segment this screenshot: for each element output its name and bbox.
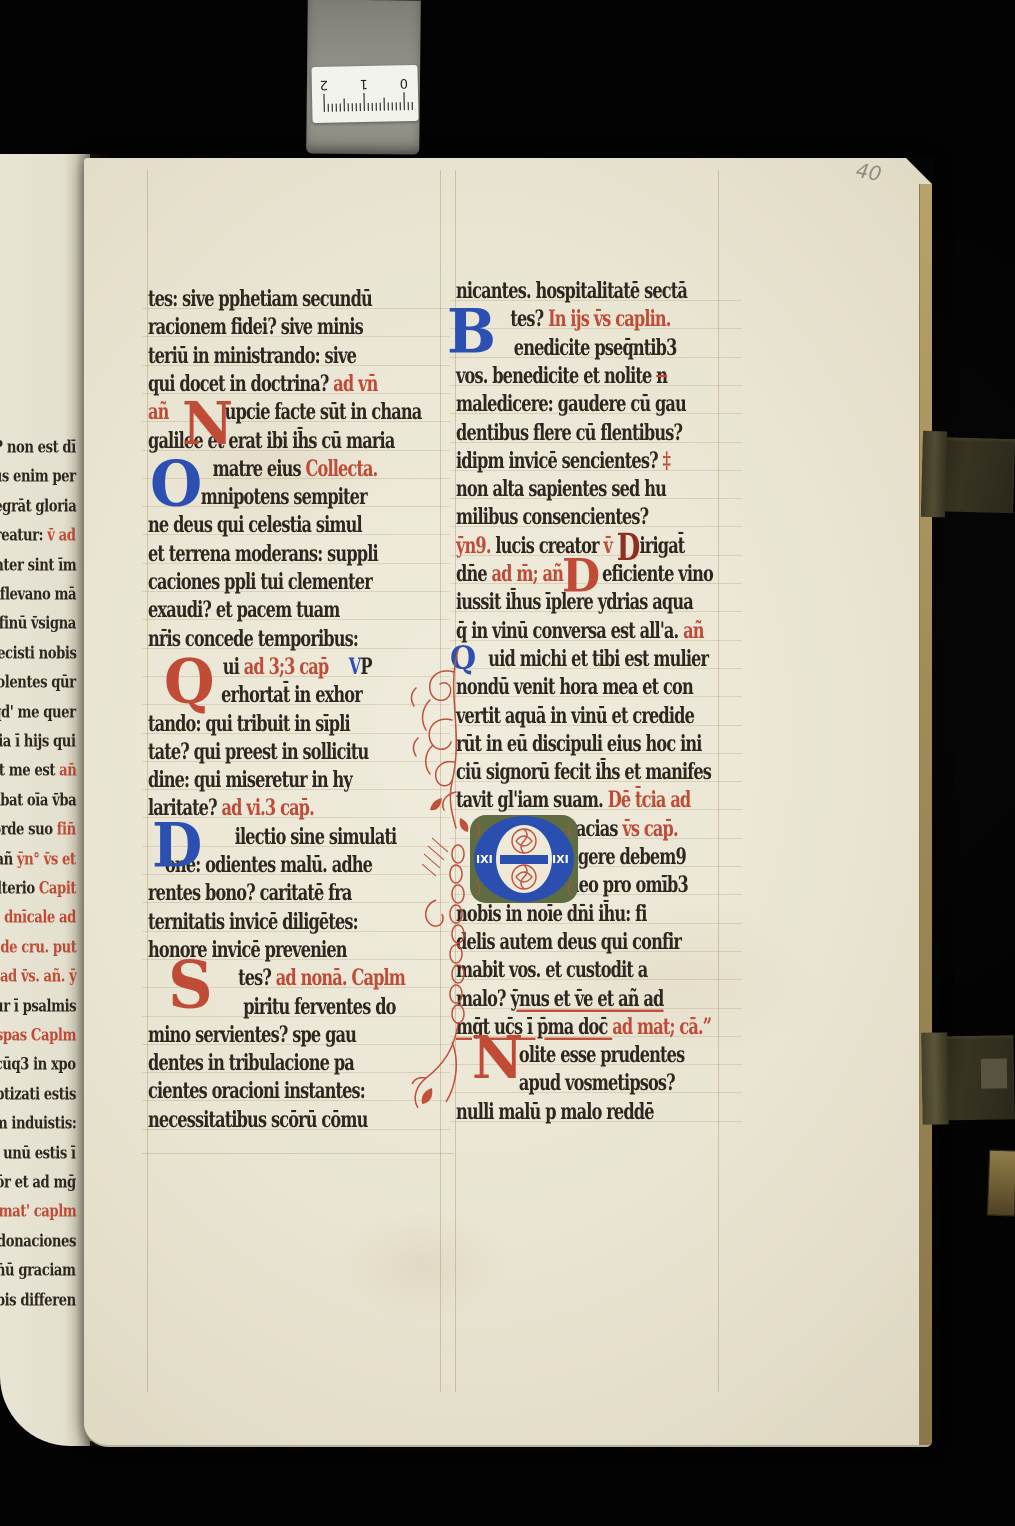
manuscript-page: 40 tes: sive pphetiam secundūracionem fi… [84, 158, 932, 1447]
text-segment: v̄ ad [48, 525, 76, 545]
text-segment: r nūs dolentes qūr [0, 672, 76, 692]
text-line: nio. flevano mā [0, 584, 76, 604]
text-segment: P [360, 654, 371, 680]
ruler-number-1: 1 [359, 76, 368, 91]
text-segment: dnīcale ad [4, 907, 76, 927]
text-segment: xpm induistis: [0, 1113, 76, 1133]
penwork-border [402, 642, 486, 1116]
text-line: idipm invicē sencientes? ‡ [456, 448, 670, 474]
text-segment: vertit aquā in vinū et credide [456, 703, 694, 729]
text-segment: uid michi et tibi est mulier [488, 646, 708, 672]
initial-N-red: N [182, 398, 233, 451]
text-line: d est qd' me quer [0, 702, 76, 722]
text-line: non alta sapientes sed hu [456, 476, 666, 502]
text-segment: agere debem9 [568, 844, 686, 870]
text-segment: mnipotens sempiter [201, 484, 367, 510]
text-segment: tes donaciones [0, 1231, 76, 1251]
trimmed-corner [904, 156, 934, 186]
text-segment: racionem fidei? sive minis [148, 314, 363, 340]
text-segment: nio. flevano mā [0, 584, 76, 604]
text-line: rūt in eū discipuli eius hoc ini [456, 731, 702, 757]
text-segment: tes? [238, 965, 276, 991]
text-line: dentes in tribulacione pa [148, 1050, 354, 1076]
text-line: ū? non est dī [0, 437, 76, 457]
text-line: portet me est an̄ [0, 760, 76, 780]
text-segment: qui docet in doctrina? [148, 371, 333, 397]
text-line: q̄ in vinū conversa est all'a. añ [456, 618, 704, 644]
text-segment: ad vn̄ [333, 371, 377, 397]
text-line: q̄m cru: dnīcale ad [0, 907, 76, 927]
text-line: n psalterio Capit [0, 878, 76, 898]
text-segment: uus enim per [0, 466, 76, 486]
svg-text:IXI: IXI [552, 853, 569, 866]
ruler-scale: 2 1 0 [311, 65, 418, 123]
photograph-of-manuscript: 2 1 0 ū? non est dīuus enim peregrāt glo… [0, 0, 1015, 1526]
text-line: necessitatibus scōrū cōmu [148, 1107, 367, 1133]
text-line: vertit aquā in vinū et credide [456, 703, 694, 729]
text-segment: enedicite pseq̄ntib3 [514, 335, 677, 361]
text-segment: uicūq3 in xpo [0, 1054, 76, 1074]
ruler-ticks: 2 1 0 [311, 65, 418, 123]
text-line: in corde suo fin̄ [0, 819, 76, 839]
text-line: uid michi et tibi est mulier [456, 646, 708, 672]
text-segment: irigat̄ [640, 533, 685, 559]
text-line: uicūq3 in xpo [0, 1054, 76, 1074]
text-line: ns creatur: v̄ ad [0, 525, 76, 545]
text-segment: In ijs v̄s caplin. [548, 306, 670, 332]
text-segment: non alta sapientes sed hu [456, 476, 666, 502]
text-line: os unū estis ī [0, 1143, 76, 1163]
text-segment: n psalterio [0, 878, 39, 898]
text-segment: Capit [39, 878, 76, 898]
text-segment: dine: qui miseretur in hy [148, 767, 352, 793]
fore-edge [919, 184, 932, 1445]
clasp-hinge [921, 431, 947, 518]
text-line: achfinū v̄signa [0, 613, 76, 633]
text-line: et terrena moderans: suppli [148, 541, 378, 567]
book-clasp-lower [921, 1035, 1014, 1121]
text-segment: in corde suo [0, 819, 57, 839]
text-segment: nondū venit hora mea et con [456, 674, 693, 700]
text-line: ū ad mat' caplm [0, 1201, 76, 1221]
initial-B-blue: B [447, 304, 496, 359]
text-line: rentes bono? caritatē fra [148, 880, 352, 906]
text-line: ano inter sint īm [0, 555, 76, 575]
text-segment: d est qd' me quer [0, 702, 76, 722]
text-segment: ȳnus et v̄e et añ ad [510, 986, 663, 1012]
text-line: r nūs dolentes qūr [0, 672, 76, 692]
text-segment: tes? [510, 306, 548, 332]
text-line: mḡt añ ur ī psalmis [0, 996, 76, 1016]
text-segment: ui [223, 654, 244, 680]
text-line: dine: qui miseretur in hy [148, 767, 352, 793]
text-segment: ū? non est dī [0, 437, 76, 457]
text-segment: matre eius [213, 456, 306, 482]
text-line: delis autem deus qui confir [456, 929, 681, 955]
text-segment: an̄ [59, 760, 76, 780]
text-segment: añ [148, 399, 169, 425]
text-line: xpm induistis: [0, 1113, 76, 1133]
text-line: malo? ȳnus et v̄e et añ ad [456, 986, 663, 1012]
text-segment: fin̄ [57, 819, 76, 839]
text-segment: ns creatur: [0, 525, 48, 545]
text-segment: erhortat̄ in exhor [221, 682, 362, 708]
text-line: racionem fidei? sive minis [148, 314, 363, 340]
text-segment: upcie facte sūt in chana [225, 399, 422, 425]
text-line: exaudi? et pacem tuam [148, 597, 339, 623]
book-clasp-upper [921, 437, 1015, 513]
text-line: nobis differen [0, 1290, 76, 1310]
text-segment: deo pro omīb3 [568, 872, 688, 898]
text-segment: Dē t̄cia ad [608, 787, 691, 813]
text-segment: ano inter sint īm [0, 555, 76, 575]
text-line: ilii qd' fecisti nobis [0, 643, 76, 663]
text-segment: d vespas Caplm [0, 1025, 76, 1045]
text-segment: eficiente vino [602, 561, 713, 587]
text-segment: servabat oīa v̄ba [0, 790, 76, 810]
text-segment: ‡ [662, 448, 670, 474]
text-segment: dn̄e [456, 561, 492, 587]
text-line: ans quia ī hijs qui [0, 731, 76, 751]
text-line: inus ōr et ad mḡ [0, 1172, 76, 1192]
text-segment: mḡt añ ur ī psalmis [0, 996, 76, 1016]
text-segment: ū ad mat' caplm [0, 1201, 76, 1221]
initial-Q-red: Q [164, 654, 215, 709]
text-line: uus enim per [0, 466, 76, 486]
text-segment: bn̄ d'. añ de cru. put [0, 937, 76, 957]
text-segment: os unū estis ī [0, 1143, 76, 1163]
text-segment: Collecta. [306, 456, 378, 482]
text-line: tes: sive pphetiam secundū [148, 286, 372, 312]
text-segment: egrāt gloria [0, 496, 76, 516]
text-line: egrāt gloria [0, 496, 76, 516]
text-segment: portet me est [0, 760, 59, 780]
ruler-number-2: 2 [319, 77, 328, 92]
text-segment: ad nonā. Caplm [276, 965, 405, 991]
text-segment: mino servientes? spe gau [148, 1022, 356, 1048]
text-segment: inus ōr et ad mḡ [0, 1172, 76, 1192]
text-segment: ternitatis invicē diligētes: [148, 909, 358, 935]
text-line: d vespas Caplm [0, 1025, 76, 1045]
text-segment: dn̄ū graciam [0, 1260, 76, 1280]
text-segment: ad m̄; añ [492, 561, 563, 587]
text-segment: rūt in eū discipuli eius hoc ini [456, 731, 702, 757]
text-line: ot V ad v̄s. añ. ȳ [0, 966, 76, 986]
clasp-boss [980, 1057, 1009, 1089]
text-segment: q̄ in vinū conversa est all'a. [456, 618, 683, 644]
text-segment: ciū signorū fecit ih̄s et manifes [456, 759, 711, 785]
text-segment: tes: sive pphetiam secundū [148, 286, 372, 312]
text-segment: v̄s cap̄. [622, 816, 677, 842]
text-segment: v̄ [603, 533, 616, 559]
text-segment: apud vosmetipsos? [519, 1070, 675, 1096]
text-line: tes donaciones [0, 1231, 76, 1251]
text-segment: ȳn9. [456, 533, 495, 559]
text-segment: teriū in ministrando: sive [148, 343, 356, 369]
initial-D-red: D [562, 556, 600, 598]
text-column-right: nicantes. hospitalitatē sectātes? In ijs… [456, 278, 732, 1150]
text-line: teriū in ministrando: sive [148, 343, 356, 369]
text-segment: delis autem deus qui confir [456, 929, 681, 955]
initial-S-red: S [168, 956, 213, 1015]
text-segment: ans quia ī hijs qui [0, 731, 76, 751]
text-segment: ilii qd' fecisti nobis [0, 643, 76, 663]
clasp-catch [987, 1150, 1015, 1217]
text-segment: achfinū v̄signa [0, 613, 76, 633]
text-segment: exaudi? et pacem tuam [148, 597, 339, 623]
initial-D-blue: D [152, 818, 202, 873]
text-segment: caciones ppli tui clementer [148, 569, 372, 595]
text-line: tavit gl'iam suam. Dē t̄cia ad [456, 787, 690, 813]
text-segment: maledicere: gaudere cū gau [456, 391, 686, 417]
initial-O-blue: O [150, 456, 202, 513]
text-segment: ad mat; cā.” [612, 1014, 711, 1040]
text-line: audi añ ȳn° v̄s et [0, 849, 76, 869]
text-line: cientes oracioni instantes: [148, 1078, 365, 1104]
text-segment: ȳn° v̄s et [17, 849, 76, 869]
folio-number: 40 [854, 158, 883, 186]
text-segment: nobis differen [0, 1290, 76, 1310]
text-segment: ad 3;3 cap̄ [244, 654, 329, 680]
ruler-number-0: 0 [399, 75, 408, 90]
text-segment: olite esse prudentes [519, 1042, 684, 1068]
text-segment: audi añ [0, 849, 17, 869]
text-segment: V [349, 654, 361, 680]
text-line: dn̄ū graciam [0, 1260, 76, 1280]
text-line: caciones ppli tui clementer [148, 569, 372, 595]
text-segment: et terrena moderans: suppli [148, 541, 378, 567]
text-segment: piritu ferventes do [243, 994, 395, 1020]
text-segment: necessitatibus scōrū cōmu [148, 1107, 367, 1133]
text-segment: tate? qui preest in sollicitu [148, 739, 368, 765]
text-segment: baptizati estis [0, 1084, 76, 1104]
text-line: mino servientes? spe gau [148, 1022, 356, 1048]
text-segment: idipm invicē sencientes? [456, 448, 662, 474]
text-line: servabat oīa v̄ba [0, 790, 76, 810]
text-segment: dentes in tribulacione pa [148, 1050, 354, 1076]
text-segment: rentes bono? caritatē fra [148, 880, 352, 906]
text-segment: n [656, 363, 667, 389]
text-line: tate? qui preest in sollicitu [148, 739, 368, 765]
text-line: maledicere: gaudere cū gau [456, 391, 686, 417]
text-line: baptizati estis [0, 1084, 76, 1104]
text-line: bn̄ d'. añ de cru. put [0, 937, 76, 957]
text-segment: ad v̄s. añ. ȳ [0, 966, 76, 986]
text-line: ternitatis invicē diligētes: [148, 909, 358, 935]
text-line: ciū signorū fecit ih̄s et manifes [456, 759, 711, 785]
text-segment: cientes oracioni instantes: [148, 1078, 365, 1104]
text-segment: ilectio sine simulati [235, 824, 397, 850]
text-line: nondū venit hora mea et con [456, 674, 693, 700]
text-line: dentibus flere cū flentibus? [456, 420, 682, 446]
text-segment: ad vi.3 cap̄. [221, 795, 313, 821]
text-segment: dentibus flere cū flentibus? [456, 420, 682, 446]
clasp-hinge [921, 1032, 949, 1124]
text-segment: añ [683, 618, 704, 644]
